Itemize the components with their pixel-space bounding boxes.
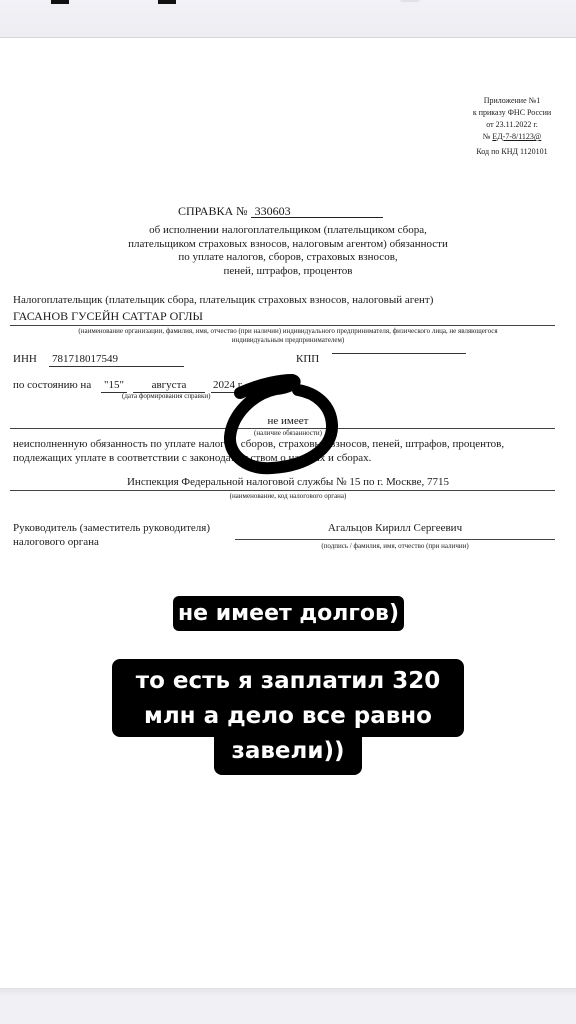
inn-label: ИНН [13, 353, 37, 365]
obligation-value: не имеет [0, 415, 576, 427]
as-of-label: по состоянию на [13, 379, 91, 391]
toolbar-icon-left[interactable] [51, 0, 69, 4]
obligation-text-line1: неисполненную обязанность по уплате нало… [13, 438, 504, 450]
order-number: ЕД-7-8/1123@ [492, 132, 541, 141]
head-label-line2: налогового органа [13, 536, 99, 548]
appendix-line3: от 23.11.2022 г. [452, 119, 572, 131]
signature-line [235, 539, 555, 540]
as-of-hint: (дата формирования справки) [122, 392, 210, 401]
head-name: Агальцов Кирилл Сергеевич [235, 522, 555, 534]
toolbar-icon-right[interactable] [400, 0, 420, 2]
obligation-hint: (наличие обязанности) [0, 429, 576, 438]
authority-name: Инспекция Федеральной налоговой службы №… [0, 476, 576, 488]
document-page: Приложение №1 к приказу ФНС России от 23… [0, 38, 576, 988]
bottom-toolbar [0, 988, 576, 1024]
taxpayer-label: Налогоплательщик (плательщик сбора, плат… [13, 294, 433, 306]
taxpayer-name: ГАСАНОВ ГУСЕЙН САТТАР ОГЛЫ [13, 309, 203, 324]
as-of-year: 2024 г. [211, 379, 251, 393]
authority-underline [10, 490, 555, 491]
kpp-field [332, 353, 466, 354]
top-toolbar [0, 0, 576, 38]
toolbar-icon-middle[interactable] [158, 0, 176, 4]
obligation-text-line2: подлежащих уплате в соответствии с закон… [13, 452, 371, 464]
appendix-line4: № ЕД-7-8/1123@ [452, 131, 572, 143]
title-prefix: СПРАВКА № [178, 204, 248, 218]
taxpayer-underline [10, 325, 555, 326]
appendix-line1: Приложение №1 [452, 95, 572, 107]
caption-no-debts: не имеет долгов) [173, 596, 404, 631]
taxpayer-hint: (наименование организации, фамилия, имя,… [0, 327, 576, 345]
appendix-block: Приложение №1 к приказу ФНС России от 23… [452, 95, 572, 158]
head-label-line1: Руководитель (заместитель руководителя) [13, 522, 210, 534]
knd-code: Код по КНД 1120101 [452, 146, 572, 158]
as-of-month: августа [133, 379, 205, 393]
authority-hint: (наименование, код налогового органа) [0, 492, 576, 501]
inn-field: 781718017549 [49, 353, 184, 367]
appendix-line2: к приказу ФНС России [452, 107, 572, 119]
certificate-number: 330603 [251, 206, 383, 218]
certificate-subtitle: об исполнении налогоплательщиком (плател… [0, 224, 576, 278]
kpp-label: КПП [296, 353, 319, 365]
inn-value: 781718017549 [49, 353, 118, 365]
as-of-day: "15" [101, 379, 127, 393]
certificate-title: СПРАВКА № 330603 [178, 204, 383, 219]
caption-paid-320m: то есть я заплатил 320 млн а дело все ра… [112, 664, 464, 769]
head-hint: (подпись / фамилия, имя, отчество (при н… [235, 542, 555, 551]
